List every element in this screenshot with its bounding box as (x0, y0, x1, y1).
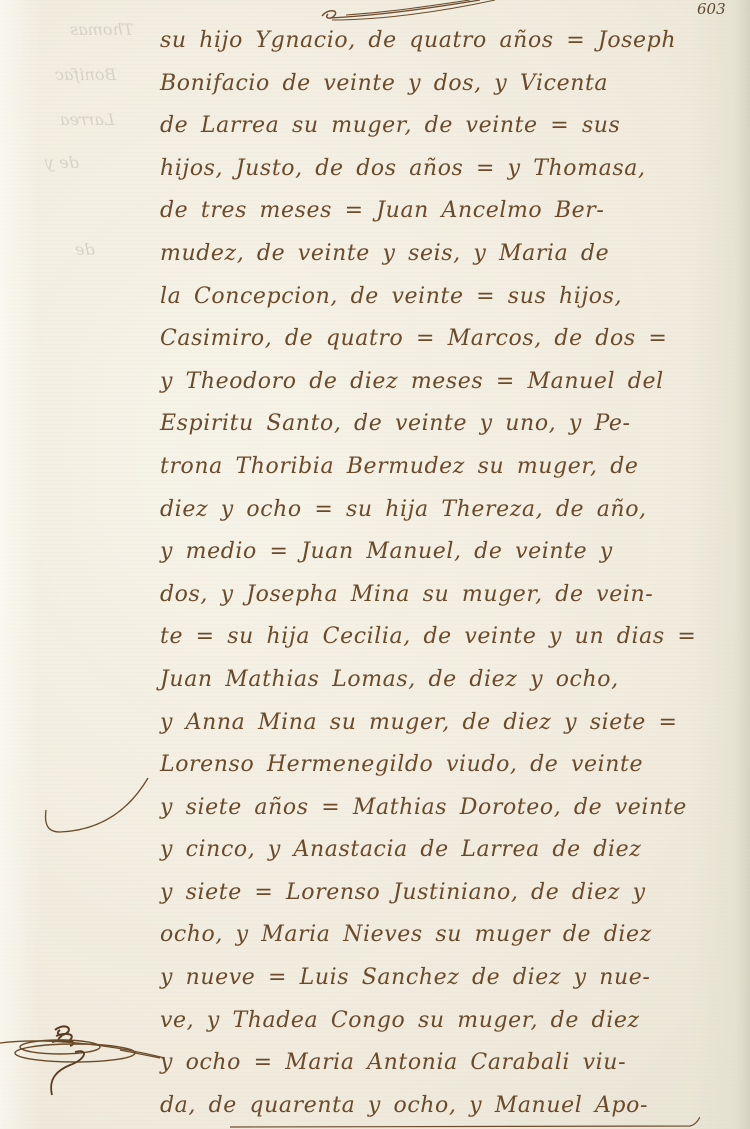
text-line: diez y ocho = su hija Thereza, de año, (160, 489, 720, 532)
margin-bracket-icon (40, 770, 150, 850)
text-line: y Theodoro de diez meses = Manuel del (160, 361, 720, 404)
text-line: te = su hija Cecilia, de veinte y un dia… (160, 616, 720, 659)
text-line: de tres meses = Juan Ancelmo Ber- (160, 190, 720, 233)
bleed-line: Thomas (70, 20, 134, 39)
text-line: su hijo Ygnacio, de quatro años = Joseph (160, 20, 720, 63)
text-line: la Concepcion, de veinte = sus hijos, (160, 276, 720, 319)
text-line: trona Thoribia Bermudez su muger, de (160, 446, 720, 489)
bleed-line: Bonifac (55, 65, 116, 84)
text-line: Espiritu Santo, de veinte y uno, y Pe- (160, 403, 720, 446)
text-line: Bonifacio de veinte y dos, y Vicenta (160, 63, 720, 106)
page-number: 603 (697, 0, 726, 18)
manuscript-page: Thomas Bonifac Larrea de y de 603 su hij… (0, 0, 750, 1129)
text-line: y Anna Mina su muger, de diez y siete = (160, 702, 720, 745)
text-line: Juan Mathias Lomas, de diez y ocho, (160, 659, 720, 702)
text-line: y nueve = Luis Sanchez de diez y nue- (160, 957, 720, 1000)
text-line: Lorenso Hermenegildo viudo, de veinte (160, 744, 720, 787)
text-line: y medio = Juan Manuel, de veinte y (160, 531, 720, 574)
text-line: de Larrea su muger, de veinte = sus (160, 105, 720, 148)
manuscript-text: su hijo Ygnacio, de quatro años = Joseph… (160, 20, 720, 1127)
bleed-line: de (75, 240, 95, 259)
bleed-line: de y (45, 153, 79, 172)
text-line: y siete = Lorenso Justiniano, de diez y (160, 872, 720, 915)
text-line: ve, y Thadea Congo su muger, de diez (160, 1000, 720, 1043)
text-line: ocho, y Maria Nieves su muger de diez (160, 914, 720, 957)
text-line: y ocho = Maria Antonia Carabali viu- (160, 1042, 720, 1085)
bottom-rule-line (230, 1115, 700, 1129)
rubric-signature-icon (0, 1020, 170, 1110)
text-line: dos, y Josepha Mina su muger, de vein- (160, 574, 720, 617)
text-line: y cinco, y Anastacia de Larrea de diez (160, 829, 720, 872)
text-line: hijos, Justo, de dos años = y Thomasa, (160, 148, 720, 191)
text-line: y siete años = Mathias Doroteo, de veint… (160, 787, 720, 830)
text-line: mudez, de veinte y seis, y Maria de (160, 233, 720, 276)
bleed-through-text: Thomas Bonifac Larrea de y de (40, 20, 160, 340)
bleed-line: Larrea (60, 110, 114, 129)
text-line: Casimiro, de quatro = Marcos, de dos = (160, 318, 720, 361)
